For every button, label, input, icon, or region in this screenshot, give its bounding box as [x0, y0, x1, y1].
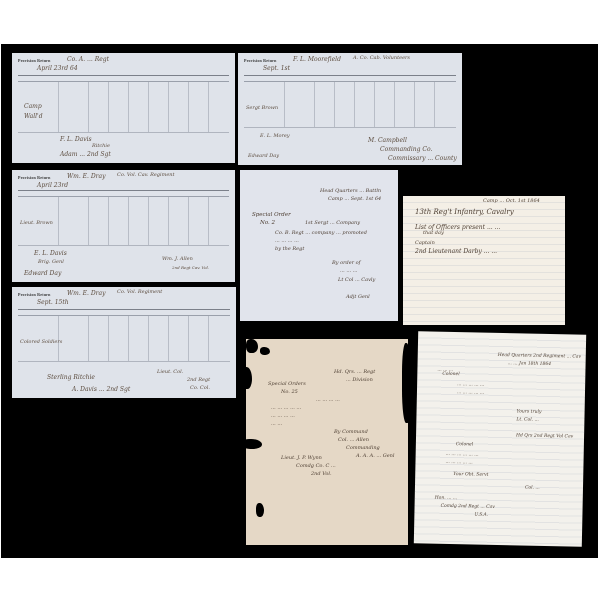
handwritten-line: F. L. Moorefield: [293, 56, 341, 63]
note-line: Comdg Co. C ...: [296, 463, 336, 469]
handwritten-line: Colored Soldiers: [20, 339, 62, 345]
note-line: ... ... ...: [340, 268, 357, 274]
note-line: ... ... ... ... ...: [445, 460, 472, 466]
form-rule: [244, 75, 456, 76]
handwritten-line: April 23rd: [37, 182, 68, 189]
paper-damage-hole: [246, 339, 258, 353]
note-line: ... ... ... ... ... ...: [446, 452, 479, 458]
damaged-special-order-note: Hd. Qrs. ... Regt ... Division Special O…: [246, 339, 408, 545]
signature: Commissary ... County: [388, 155, 457, 162]
note-line: ... ... ... ...: [316, 397, 340, 403]
handwritten-line: Sergt Brown: [246, 105, 278, 111]
signature: E. L. Morey: [260, 133, 290, 139]
note-line: Special Order: [252, 212, 291, 218]
note-line: ... Division: [346, 377, 373, 383]
note-line: Hd Qrs 2nd Regt Vol Cav: [516, 433, 573, 439]
handwritten-line: Wall'd: [24, 113, 43, 120]
signature: M. Campbell: [368, 137, 407, 144]
handwritten-line: Wm. E. Dray: [67, 290, 106, 297]
handwritten-line: April 23rd 64: [37, 65, 78, 72]
note-line: Comdg 2nd Regt ... Cav: [441, 504, 495, 510]
note-line: Camp ... Oct. 1st 1864: [483, 198, 540, 204]
signature: Lieut. Col.: [157, 369, 183, 375]
handwritten-line: Sept. 1st: [263, 65, 290, 72]
note-line: Co. B. Regt ... company ... promoted: [275, 230, 367, 236]
signature: Edward Day: [24, 270, 61, 277]
form-header: Provision Return: [244, 58, 277, 63]
paper-damage-hole: [402, 343, 408, 423]
note-line: ... ... ... ...: [275, 238, 299, 244]
note-line: Camp ... Sept. 1st 64: [328, 196, 381, 202]
note-line: ... ... ... ...: [271, 413, 295, 419]
signature: Wm. J. Allen: [162, 256, 193, 262]
form-header: Provision Return: [18, 175, 51, 180]
signature: Adam ... 2nd Sgt: [60, 151, 111, 158]
signature: Sterling Ritchie: [47, 374, 95, 381]
note-line: Special Orders: [268, 381, 306, 387]
note-line: Lieut. J. P. Wynn: [281, 455, 322, 461]
handwritten-line: Co. A. ... Regt: [67, 56, 109, 63]
officers-list-note: Camp ... Oct. 1st 1864 13th Reg't Infant…: [403, 196, 565, 325]
form-header: Provision Return: [18, 292, 51, 297]
form-header: Provision Return: [18, 58, 51, 63]
note-line: By Command: [334, 429, 368, 435]
note-line: Hon. ... ...: [435, 496, 458, 501]
note-line: ... ...: [271, 421, 282, 427]
handwritten-line: Co. Vol. Regiment: [117, 289, 162, 295]
signature: 2nd Regt Cav. Vol.: [172, 265, 209, 270]
note-line: By order of: [332, 260, 361, 266]
signature: Ritchie: [92, 143, 110, 149]
note-line: ... ... ... ... ...: [271, 405, 301, 411]
note-line: A. A. A. ... Genl: [356, 453, 395, 459]
signature: Commanding Co.: [380, 146, 432, 153]
note-line: Hd. Qrs. ... Regt: [334, 369, 375, 375]
paper-damage-hole: [246, 439, 262, 449]
provision-return-form-4: Provision Return Wm. E. Dray Co. Vol. Re…: [12, 287, 236, 398]
signature: Edward Day: [248, 153, 279, 159]
form-rule: [18, 75, 229, 76]
note-line: 13th Reg't Infantry, Cavalry: [415, 208, 514, 216]
handwritten-line: Lieut. Brown: [20, 220, 53, 226]
handwritten-line: Wm. E. Dray: [67, 173, 106, 180]
note-line: 1st Sergt ... Company: [305, 220, 360, 226]
note-line: Lt Col ... Cavly: [338, 277, 375, 283]
note-line: U.S.A.: [474, 512, 488, 517]
note-line: ... ... Jan 18th 1864: [508, 361, 552, 367]
note-line: Head Quarters ... Battln: [320, 188, 381, 194]
special-order-note: Head Quarters ... Battln Camp ... Sept. …: [240, 170, 398, 321]
paper-damage-hole: [246, 367, 252, 389]
note-line: No. 2: [260, 220, 275, 226]
form-grid: [18, 81, 229, 133]
provision-return-form-2: Provision Return F. L. Moorefield A. Co.…: [238, 53, 462, 165]
signature: A. Davis ... 2nd Sgt: [72, 386, 130, 393]
signature: 2nd Regt: [187, 377, 210, 383]
signature: F. L. Davis: [60, 136, 92, 143]
note-line: Colonel: [456, 442, 473, 447]
note-line: ... ... ... ... ...: [457, 382, 484, 388]
handwritten-line: Co. Vol. Cav. Regiment: [117, 172, 175, 178]
form-rule: [18, 309, 230, 310]
paper-damage-hole: [256, 503, 264, 517]
note-line: Lt. Col. ...: [516, 417, 539, 422]
note-line: No. 25: [281, 389, 298, 395]
note-line: Yours truly: [517, 409, 542, 415]
signature: Brig. Genl: [38, 259, 64, 265]
signature: E. L. Davis: [34, 250, 67, 257]
signature: Co. Col.: [190, 385, 210, 391]
handwritten-line: Sept. 15th: [37, 299, 69, 306]
provision-return-form-3: Provision Return Wm. E. Dray Co. Vol. Ca…: [12, 170, 235, 282]
handwritten-line: Camp: [24, 103, 42, 110]
handwritten-line: A. Co. Cab. Volunteers: [353, 55, 410, 61]
note-line: 2nd Vol.: [311, 471, 332, 477]
note-line: Commanding: [346, 445, 380, 451]
note-line: Captain: [415, 240, 435, 246]
note-line: ... ... ... ... ...: [457, 390, 484, 396]
note-line: Colonel: [442, 372, 459, 377]
note-line: by the Regt: [275, 246, 304, 252]
form-rule: [18, 190, 229, 191]
note-line: Col. ...: [525, 486, 540, 491]
note-line: Your Obt. Servt: [453, 472, 488, 478]
note-line: Head Quarters 2nd Regiment ... Cav: [498, 353, 581, 360]
note-line: Adjt Genl: [346, 294, 370, 300]
colonel-letter: Head Quarters 2nd Regiment ... Cav ... .…: [414, 331, 586, 546]
paper-damage-hole: [260, 347, 270, 355]
provision-return-form-1: Provision Return Co. A. ... Regt April 2…: [12, 53, 235, 163]
note-line: 2nd Lieutenant Darby ... ...: [415, 248, 497, 255]
note-line: that day: [423, 230, 444, 236]
note-line: Col. ... Allen: [338, 437, 369, 443]
